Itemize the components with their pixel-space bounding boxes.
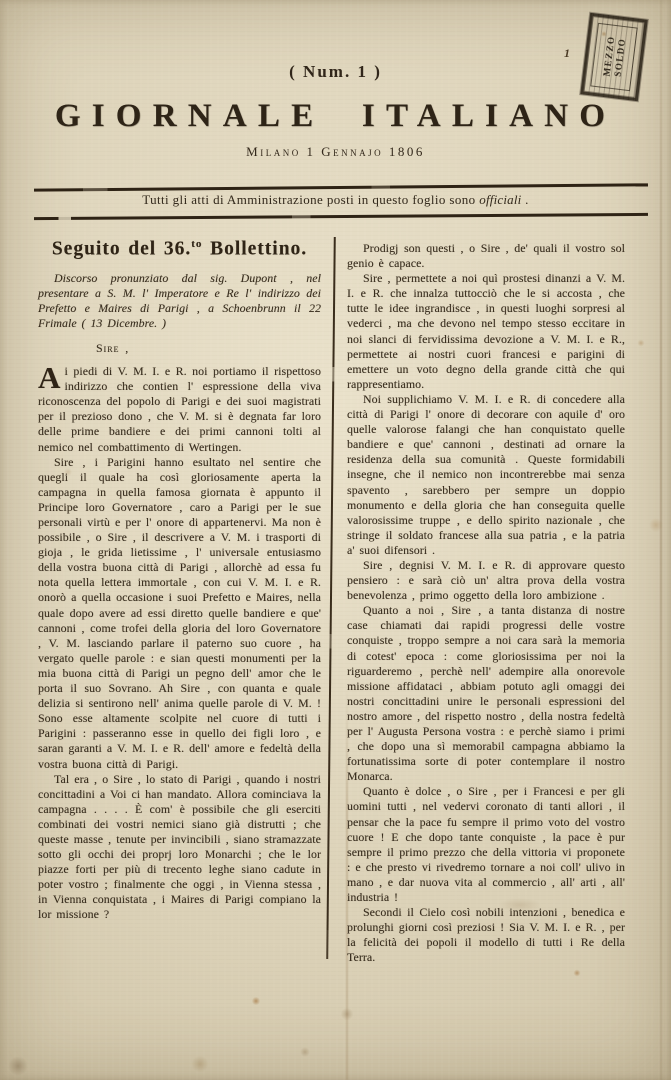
paragraph: Quanto a noi , Sire , a tanta distanza d… <box>347 603 625 784</box>
paragraph: Sire , permettete a noi quì prostesi din… <box>347 271 625 392</box>
issue-number: ( Num. 1 ) <box>0 62 671 82</box>
bulletin-heading-ordinal: to <box>191 238 202 250</box>
masthead: ( Num. 1 ) GIORNALE ITALIANO Milano 1 Ge… <box>0 0 671 160</box>
drop-cap: A <box>38 364 65 391</box>
paragraph: Prodigj son questi , o Sire , de' quali … <box>347 241 625 271</box>
dateline: Milano 1 Gennajo 1806 <box>0 144 671 160</box>
salutation: Sire , <box>38 341 321 356</box>
bulletin-heading-post: Bollettino. <box>202 239 307 260</box>
column-divider-rule <box>326 237 336 959</box>
official-notice-end: . <box>522 192 529 207</box>
bulletin-heading: Seguito del 36.to Bollettino. <box>38 237 321 257</box>
paragraph: Sire , i Parigini hanno esultato nel sen… <box>38 455 321 772</box>
official-notice-italic: officiali <box>479 192 521 207</box>
paragraph: Tal era , o Sire , lo stato di Parigi , … <box>38 772 321 923</box>
paragraph: Sire , degnisi V. M. I. e R. di approvar… <box>347 558 625 603</box>
paragraph: Noi supplichiamo V. M. I. e R. di conced… <box>347 392 625 558</box>
horizontal-rule-bottom <box>34 213 648 220</box>
bulletin-heading-pre: Seguito del 36. <box>52 239 191 260</box>
speech-byline: Discorso pronunziato dal sig. Dupont , n… <box>38 271 321 331</box>
horizontal-rule-top <box>34 183 648 191</box>
official-notice-text: Tutti gli atti di Amministrazione posti … <box>142 192 479 207</box>
newspaper-page: 1 MEZZO SOLDO ( Num. 1 ) GIORNALE ITALIA… <box>0 0 671 1080</box>
newspaper-title: GIORNALE ITALIANO <box>0 98 671 135</box>
paragraph: Ai piedi di V. M. I. e R. noi portiamo i… <box>38 364 321 455</box>
left-column: Seguito del 36.to Bollettino. Discorso p… <box>38 237 321 923</box>
paragraph: Secondi il Cielo così nobili intenzioni … <box>347 905 625 965</box>
paragraph-text: i piedi di V. M. I. e R. noi portiamo il… <box>38 364 321 453</box>
official-notice: Tutti gli atti di Amministrazione posti … <box>0 192 671 208</box>
paragraph: Quanto è dolce , o Sire , per i Francesi… <box>347 784 625 905</box>
paper-right-edge <box>660 0 662 1080</box>
right-column: Prodigj son questi , o Sire , de' quali … <box>347 241 625 966</box>
